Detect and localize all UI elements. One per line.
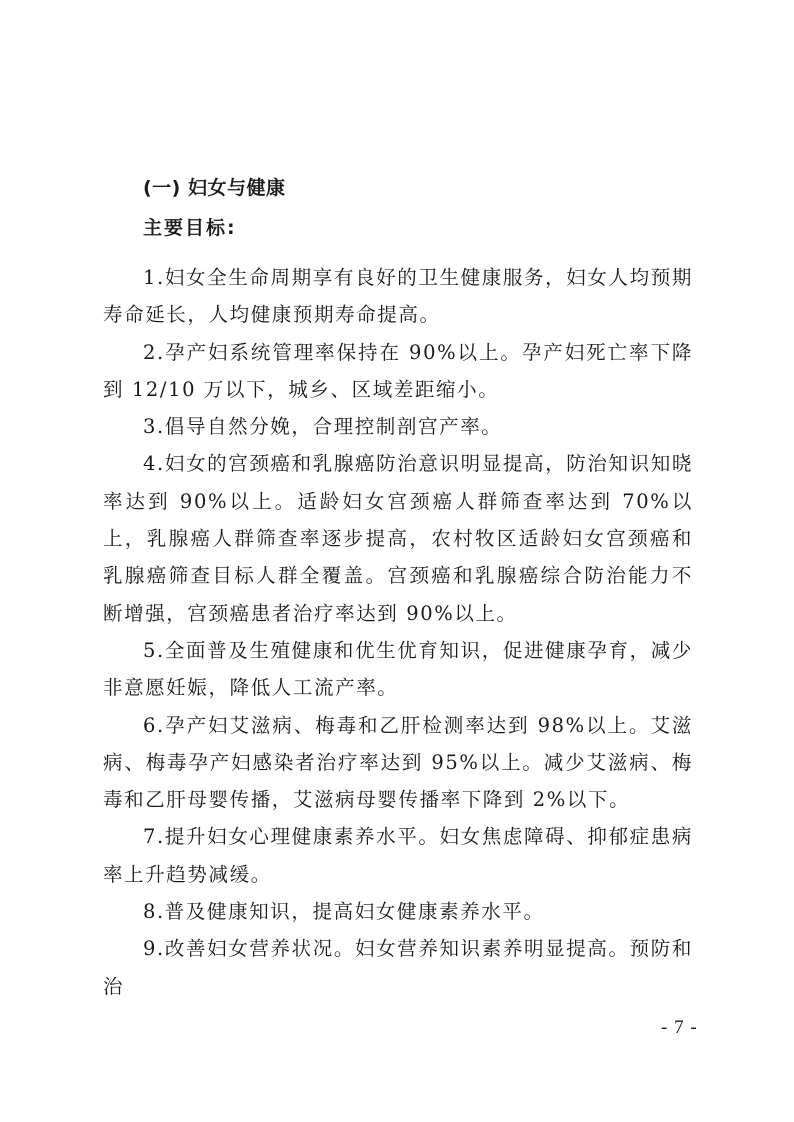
section-title: (一) 妇女与健康	[143, 176, 693, 216]
section-subtitle: 主要目标:	[143, 216, 693, 259]
paragraph-3: 3.倡导自然分娩，合理控制剖宫产率。	[103, 408, 693, 445]
paragraph-8: 8.普及健康知识，提高妇女健康素养水平。	[103, 893, 693, 930]
page-number: - 7 -	[661, 1017, 698, 1039]
paragraph-7: 7.提升妇女心理健康素养水平。妇女焦虑障碍、抑郁症患病率上升趋势减缓。	[103, 818, 693, 893]
paragraph-4: 4.妇女的宫颈癌和乳腺癌防治意识明显提高，防治知识知晓率达到 90%以上。适龄妇…	[103, 445, 693, 631]
paragraph-5: 5.全面普及生殖健康和优生优育知识，促进健康孕育，减少非意愿妊娠，降低人工流产率…	[103, 632, 693, 707]
document-body: (一) 妇女与健康 主要目标: 1.妇女全生命周期享有良好的卫生健康服务，妇女人…	[103, 176, 693, 1005]
paragraph-9: 9.改善妇女营养状况。妇女营养知识素养明显提高。预防和治	[103, 930, 693, 1005]
paragraph-2: 2.孕产妇系统管理率保持在 90%以上。孕产妇死亡率下降到 12/10 万以下，…	[103, 334, 693, 409]
paragraph-6: 6.孕产妇艾滋病、梅毒和乙肝检测率达到 98%以上。艾滋病、梅毒孕产妇感染者治疗…	[103, 707, 693, 819]
paragraph-1: 1.妇女全生命周期享有良好的卫生健康服务，妇女人均预期寿命延长，人均健康预期寿命…	[103, 259, 693, 334]
